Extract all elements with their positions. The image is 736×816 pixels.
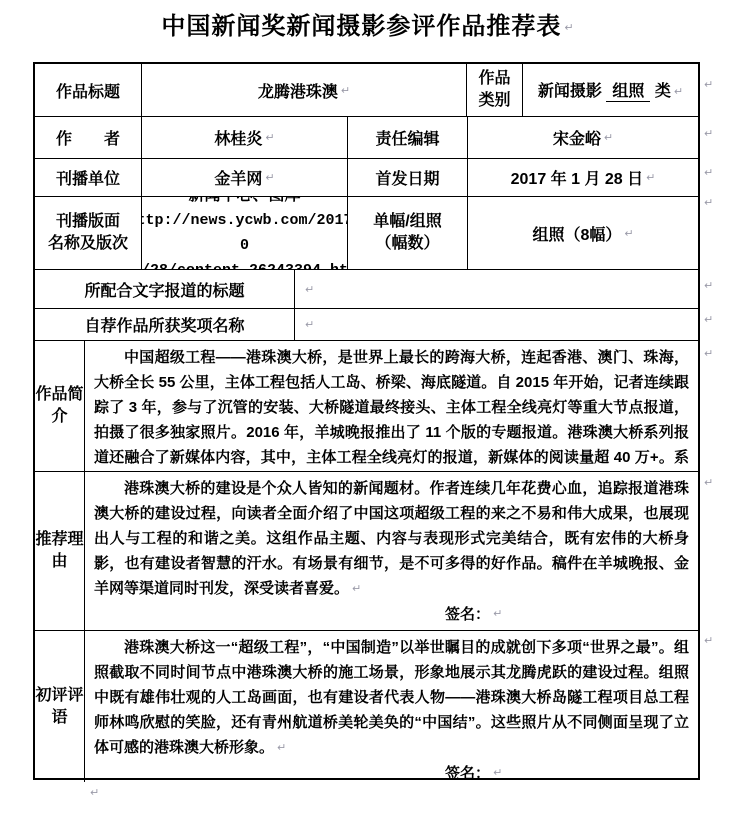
table-row-initial-review: 初评评语 港珠澳大桥这一“超级工程”，“中国制造”以举世瞩目的成就创下多项“世界… [35, 631, 698, 782]
article-url-line2: 1/28/content_26243394.htm [142, 258, 348, 270]
field-value-publisher: 金羊网↵ [142, 159, 348, 197]
signature-line: 签名：↵ [94, 602, 689, 628]
field-label-related-report-title: 所配合文字报道的标题 [35, 270, 295, 309]
document-end-mark: ↵ [90, 786, 99, 799]
recommendation-text: 港珠澳大桥的建设是个众人皆知的新闻题材。作者连续几年花费心血，追踪报道港珠澳大桥… [94, 480, 689, 597]
field-label-recommendation-reason: 推荐理由 [35, 472, 85, 631]
paragraph-mark: ↵ [265, 171, 274, 184]
field-label-photo-count: 单幅/组照 （幅数） [348, 197, 468, 270]
field-value-author: 林桂炎↵ [142, 117, 348, 159]
article-url-line1: http://news.ycwb.com/2017-0 [142, 208, 348, 258]
field-value-photo-count: 组照（8幅）↵ [468, 197, 698, 270]
row-end-mark: ↵ [704, 78, 713, 91]
label-line: 名称及版次 [48, 233, 128, 255]
table-row-edition: 刊播版面 名称及版次 新闻中心、图库 http://news.ycwb.com/… [35, 197, 698, 270]
paragraph-mark: ↵ [305, 283, 314, 296]
field-value-related-report-title: ↵ [295, 270, 698, 309]
table-row-publisher: 刊播单位 金羊网↵ 首发日期 2017 年 1 月 28 日↵ [35, 159, 698, 197]
editor-value: 宋金峪 [553, 126, 601, 149]
paragraph-mark: ↵ [493, 767, 502, 779]
field-label-edition: 刊播版面 名称及版次 [35, 197, 142, 270]
paragraph-mark: ↵ [564, 22, 574, 34]
first-publish-date-value: 2017 年 1 月 28 日 [511, 166, 644, 189]
field-label-text: 作 者 [56, 126, 120, 149]
recommendation-table: 作品标题 龙腾港珠澳↵ 作品 类别 新闻摄影 组照 类↵ 作 者 林桂炎↵ [33, 62, 700, 780]
publisher-value: 金羊网 [214, 166, 262, 189]
field-value-work-intro: 中国超级工程——港珠澳大桥，是世界上最长的跨海大桥，连起香港、澳门、珠海，大桥全… [85, 341, 698, 472]
paragraph-mark: ↵ [265, 131, 274, 144]
field-label-editor: 责任编辑 [348, 117, 468, 159]
label-line: （幅数） [373, 233, 441, 255]
table-row-work-intro: 作品简介 中国超级工程——港珠澳大桥，是世界上最长的跨海大桥，连起香港、澳门、珠… [35, 341, 698, 472]
paragraph-mark: ↵ [305, 318, 314, 331]
field-label-text: 作品 类别 [478, 68, 510, 112]
field-label-award-name: 自荐作品所获奖项名称 [35, 309, 295, 341]
paragraph-mark: ↵ [341, 84, 350, 97]
row-end-mark: ↵ [704, 347, 713, 360]
label-line: 作品 [478, 68, 510, 90]
form-page: { "title": "中国新闻奖新闻摄影参评作品推荐表", "marks": … [0, 0, 736, 816]
row-end-mark: ↵ [704, 196, 713, 209]
field-label-text: 初评评语 [35, 685, 84, 729]
table-row-recommendation-reason: 推荐理由 港珠澳大桥的建设是个众人皆知的新闻题材。作者连续几年花费心血，追踪报道… [35, 472, 698, 631]
row-end-mark: ↵ [704, 313, 713, 326]
row-end-mark: ↵ [704, 166, 713, 179]
initial-review-paragraph: 港珠澳大桥这一“超级工程”，“中国制造”以举世瞩目的成就创下多项“世界之最”。组… [94, 635, 689, 761]
label-line: 单幅/组照 [373, 211, 441, 233]
label-line: 刊播版面 [48, 211, 128, 233]
paragraph-mark: ↵ [352, 583, 361, 595]
field-label-initial-review: 初评评语 [35, 631, 85, 782]
category-suffix: 类 [655, 83, 671, 100]
recommendation-paragraph: 港珠澳大桥的建设是个众人皆知的新闻题材。作者连续几年花费心血，追踪报道港珠澳大桥… [94, 476, 689, 602]
paragraph-mark: ↵ [493, 608, 502, 620]
table-row-work-title: 作品标题 龙腾港珠澳↵ 作品 类别 新闻摄影 组照 类↵ [35, 64, 698, 117]
edition-section-name: 新闻中心、图库 [142, 197, 348, 208]
page-title: 中国新闻奖新闻摄影参评作品推荐表↵ [0, 6, 736, 41]
category-value: 新闻摄影 组照 类↵ [538, 78, 683, 102]
field-label-work-intro: 作品简介 [35, 341, 85, 472]
field-label-author: 作 者 [35, 117, 142, 159]
field-label-text: 推荐理由 [35, 529, 84, 573]
field-label-text: 自荐作品所获奖项名称 [84, 313, 244, 336]
initial-review-text: 港珠澳大桥这一“超级工程”，“中国制造”以举世瞩目的成就创下多项“世界之最”。组… [94, 639, 689, 756]
field-label-first-publish-date: 首发日期 [348, 159, 468, 197]
row-end-mark: ↵ [704, 127, 713, 140]
work-intro-text: 中国超级工程——港珠澳大桥，是世界上最长的跨海大桥，连起香港、澳门、珠海，大桥全… [94, 349, 689, 472]
field-label-text: 责任编辑 [375, 126, 439, 149]
signature-label: 签名： [445, 765, 490, 782]
paragraph-mark: ↵ [646, 171, 655, 184]
field-label-work-title: 作品标题 [35, 64, 142, 117]
field-value-editor: 宋金峪↵ [468, 117, 698, 159]
field-label-publisher: 刊播单位 [35, 159, 142, 197]
field-value-initial-review: 港珠澳大桥这一“超级工程”，“中国制造”以举世瞩目的成就创下多项“世界之最”。组… [85, 631, 698, 782]
table-row-related-report-title: 所配合文字报道的标题 ↵ [35, 270, 698, 309]
work-title-value: 龙腾港珠澳 [258, 79, 338, 102]
category-prefix: 新闻摄影 [538, 83, 602, 100]
table-row-author: 作 者 林桂炎↵ 责任编辑 宋金峪↵ [35, 117, 698, 159]
signature-label: 签名： [445, 606, 490, 623]
label-line: 类别 [478, 90, 510, 112]
field-value-category: 新闻摄影 组照 类↵ [523, 64, 698, 117]
author-value: 林桂炎 [214, 126, 262, 149]
field-value-edition: 新闻中心、图库 http://news.ycwb.com/2017-0 1/28… [142, 197, 348, 270]
field-value-award-name: ↵ [295, 309, 698, 341]
work-intro-paragraph: 中国超级工程——港珠澳大桥，是世界上最长的跨海大桥，连起香港、澳门、珠海，大桥全… [94, 345, 689, 472]
paragraph-mark: ↵ [674, 86, 683, 98]
field-value-work-title: 龙腾港珠澳↵ [142, 64, 467, 117]
field-value-first-publish-date: 2017 年 1 月 28 日↵ [468, 159, 698, 197]
paragraph-mark: ↵ [277, 742, 286, 754]
row-end-mark: ↵ [704, 634, 713, 647]
field-value-recommendation-reason: 港珠澳大桥的建设是个众人皆知的新闻题材。作者连续几年花费心血，追踪报道港珠澳大桥… [85, 472, 698, 631]
field-label-text: 单幅/组照 （幅数） [373, 211, 441, 255]
page-title-text: 中国新闻奖新闻摄影参评作品推荐表 [161, 13, 561, 40]
row-end-mark: ↵ [704, 476, 713, 489]
signature-line: 签名：↵ [94, 761, 689, 782]
field-label-text: 刊播单位 [56, 166, 120, 189]
table-row-award-name: 自荐作品所获奖项名称 ↵ [35, 309, 698, 341]
row-end-mark: ↵ [704, 279, 713, 292]
paragraph-mark: ↵ [604, 131, 613, 144]
paragraph-mark: ↵ [624, 227, 633, 240]
field-label-category: 作品 类别 [467, 64, 523, 117]
photo-count-value: 组照（8幅） [532, 222, 621, 245]
field-label-text: 首发日期 [375, 166, 439, 189]
edition-value: 新闻中心、图库 http://news.ycwb.com/2017-0 1/28… [142, 197, 348, 270]
field-label-text: 刊播版面 名称及版次 [48, 211, 128, 255]
category-fill-underlined: 组照 [606, 78, 650, 102]
field-label-text: 所配合文字报道的标题 [84, 278, 244, 301]
field-label-text: 作品简介 [35, 384, 84, 428]
field-label-text: 作品标题 [56, 79, 120, 102]
